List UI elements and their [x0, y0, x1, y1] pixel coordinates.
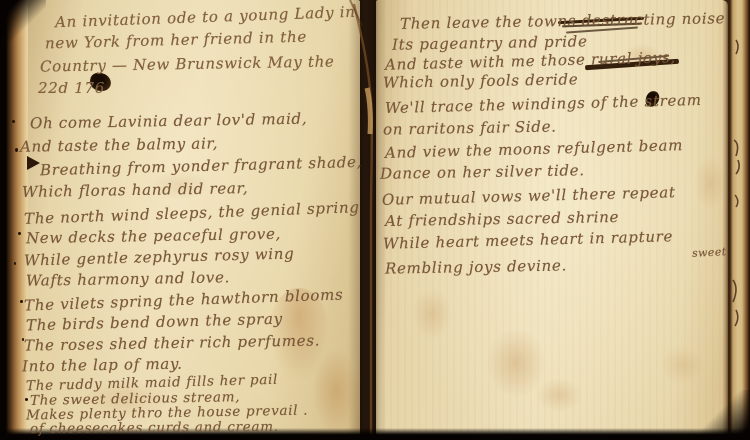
manuscript-line: Rembling joys devine. [385, 256, 567, 277]
manuscript-line: And taste the balmy air, [20, 134, 218, 155]
manuscript-date-line: 22d 176 [38, 79, 105, 97]
manuscript-line: Into the lap of may. [22, 355, 183, 376]
manuscript-line: of cheesecakes curds and cream. [30, 419, 279, 437]
manuscript-line: Wafts harmony and love. [26, 268, 230, 290]
page-edges-right [722, 0, 750, 440]
book-cover-top-left-corner [0, 0, 46, 52]
triangle-ink-blot [27, 156, 40, 170]
ink-speck [18, 232, 21, 235]
open-manuscript-book-photo: An invitation ode to a young Lady in new… [0, 0, 750, 440]
book-cover-bottom-right-corner [700, 390, 750, 440]
book-gutter-shadow [348, 0, 386, 440]
manuscript-line: on raritons fair Side. [383, 117, 557, 138]
manuscript-line: Which only fools deride [383, 70, 579, 91]
manuscript-line: Dance on her silver tide. [380, 161, 585, 183]
gutter-crease-line [348, 0, 386, 440]
ink-speck [12, 120, 15, 123]
manuscript-superscript-word: sweet [692, 245, 727, 260]
ink-speck [14, 262, 16, 265]
ink-speck [15, 148, 18, 152]
ink-speck [25, 398, 28, 401]
next-page-ink-fragments [722, 0, 750, 440]
ink-speck [20, 300, 23, 303]
